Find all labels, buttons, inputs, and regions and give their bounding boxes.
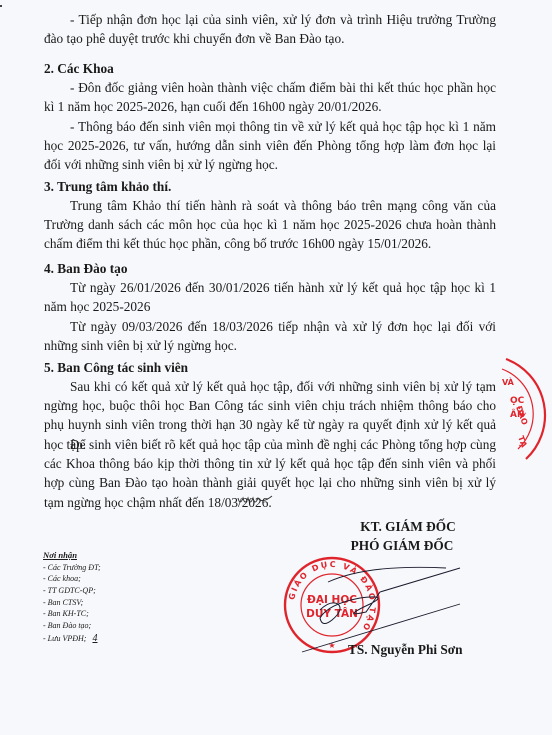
archive-count: 4 — [92, 633, 97, 644]
section-heading-khoa: 2. Các Khoa — [44, 60, 114, 78]
section-ban-dao-tao-paragraph-1: Từ ngày 26/01/2026 đến 30/01/2026 tiến h… — [44, 278, 496, 316]
recipient-item-archive: - Lưu VPĐH; 4 — [43, 634, 101, 645]
signer-name: TS. Nguyễn Phi Sơn — [348, 640, 468, 659]
section-heading-ban-dao-tao: 4. Ban Đào tạo — [44, 260, 127, 278]
recipients-title: Nơi nhận — [43, 550, 101, 561]
recipient-item: - Ban CTSV; — [43, 598, 101, 609]
recipient-item: - Ban KH-TC; — [43, 609, 101, 620]
section-khoa-paragraph-1: - Đôn đốc giảng viên hoàn thành việc chấ… — [44, 78, 496, 116]
initials-mark — [236, 494, 276, 508]
section-khao-thi-paragraph: Trung tâm Khảo thí tiến hành rà soát và … — [44, 196, 496, 254]
section-ban-dao-tao-paragraph-2: Từ ngày 09/03/2026 đến 18/03/2026 tiếp n… — [44, 317, 496, 355]
section-heading-ctsv: 5. Ban Công tác sinh viên — [44, 359, 188, 377]
edge-stamp: VÀ ĐÀO ỌC ÂN TẠ — [474, 355, 552, 465]
recipients-block: Nơi nhận - Các Trường ĐT; - Các khoa; - … — [43, 550, 101, 646]
svg-text:ỌC: ỌC — [510, 396, 525, 406]
recipient-item: - Các Trường ĐT; — [43, 563, 101, 574]
svg-text:ÂN: ÂN — [510, 408, 525, 420]
recipient-item: - Các khoa; — [43, 574, 101, 585]
recipient-item: - Ban Đào tạo; — [43, 621, 101, 632]
signature-title-1: KT. GIÁM ĐỐC — [328, 517, 488, 536]
document-page: - Tiếp nhận đơn học lại của sinh viên, x… — [0, 0, 552, 735]
section-khoa-paragraph-2: - Thông báo đến sinh viên mọi thông tin … — [44, 117, 496, 175]
section-heading-khao-thi: 3. Trung tâm khảo thí. — [44, 178, 171, 196]
recipient-item: - TT GDTC-QP; — [43, 586, 101, 597]
intro-paragraph: - Tiếp nhận đơn học lại của sinh viên, x… — [44, 10, 496, 48]
scan-mark — [0, 5, 2, 7]
recipient-archive-label: - Lưu VPĐH; — [43, 634, 86, 643]
svg-text:VÀ: VÀ — [502, 376, 515, 387]
